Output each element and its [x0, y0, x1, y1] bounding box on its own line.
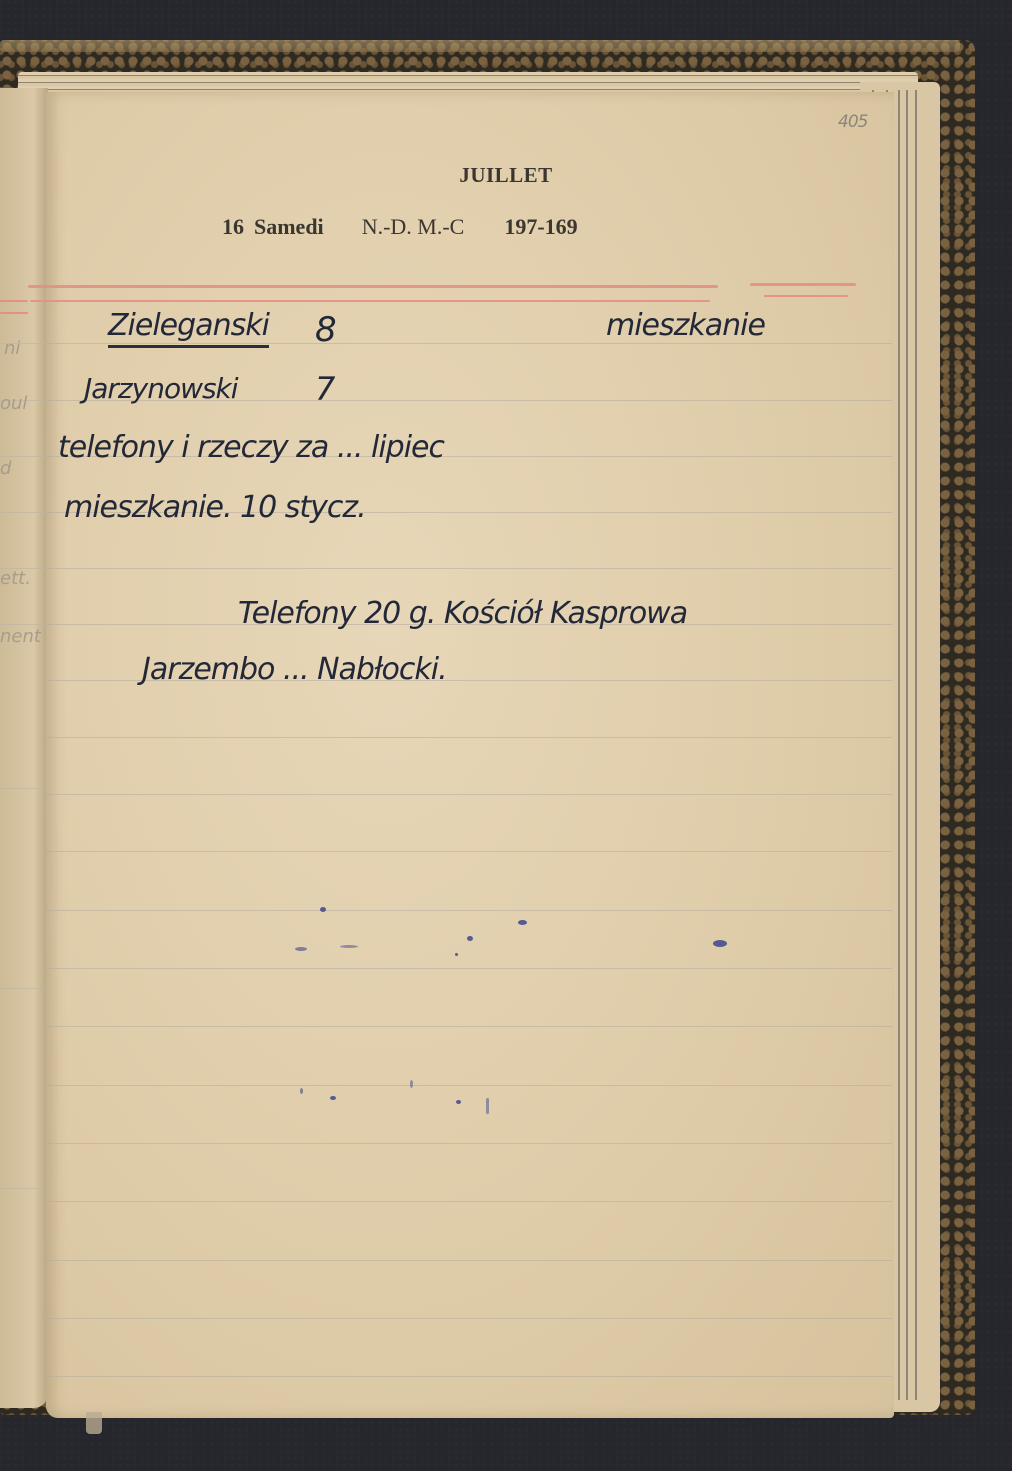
facing-ruling — [0, 788, 46, 789]
facing-pencil-text: ett. — [0, 568, 31, 589]
ink-speck — [455, 953, 458, 956]
ink-speck — [330, 1096, 336, 1100]
facing-ruling — [0, 988, 46, 989]
ruling-line — [46, 851, 892, 852]
red-header-rule — [750, 283, 856, 286]
handwritten-line: telefony i rzeczy za ... lipiec — [58, 430, 444, 465]
facing-ruling — [0, 512, 46, 513]
weekday: Samedi — [254, 214, 324, 240]
red-header-rule — [30, 300, 710, 302]
feast-day: N.-D. M.-C — [362, 214, 465, 240]
facing-ruling — [0, 1188, 46, 1189]
ink-speck — [320, 907, 326, 912]
day-heading: 16 Samedi N.-D. M.-C 197-169 — [222, 214, 578, 240]
handwritten-number: 7 — [315, 370, 334, 408]
facing-ruling — [0, 624, 46, 625]
facing-pencil-text: ni — [4, 338, 20, 359]
ruling-line — [46, 968, 892, 969]
ink-speck — [456, 1100, 461, 1104]
ruling-line — [46, 794, 892, 795]
ruling-line — [46, 1376, 892, 1377]
day-count: 197-169 — [504, 214, 577, 240]
handwritten-name: Zieleganski — [108, 308, 269, 348]
page-edge-line — [915, 90, 917, 1400]
facing-pencil-text: d — [0, 458, 11, 479]
ink-speck — [467, 936, 473, 941]
ink-speck — [340, 945, 358, 948]
handwritten-line: mieszkanie. 10 stycz. — [64, 490, 366, 525]
ruling-line — [46, 1143, 892, 1144]
day-number: 16 — [222, 214, 244, 240]
ruling-line — [46, 1026, 892, 1027]
handwritten-line: Jarzembo ... Nabłocki. — [142, 652, 447, 687]
ruling-line — [46, 568, 892, 569]
ink-speck — [486, 1098, 489, 1114]
ink-speck — [713, 940, 727, 947]
folio-number: 405 — [838, 112, 867, 132]
ink-speck — [518, 920, 527, 925]
diary-page — [46, 92, 894, 1418]
ruling-line — [46, 737, 892, 738]
ruling-line — [46, 1201, 892, 1202]
cover-top-edge — [0, 40, 960, 52]
page-tab — [86, 1412, 102, 1434]
facing-ruling — [0, 456, 46, 457]
handwritten-line: Telefony 20 g. Kościół Kasprowa — [238, 596, 687, 631]
handwritten-number: 8 — [315, 310, 336, 350]
month-heading: JUILLET — [0, 163, 1012, 188]
ruling-line — [46, 1085, 892, 1086]
ink-speck — [295, 947, 307, 951]
facing-pencil-text: nent — [0, 626, 41, 647]
facing-red-rule — [0, 300, 28, 302]
red-header-rule — [28, 285, 718, 288]
facing-red-rule — [0, 312, 28, 314]
ruling-line — [46, 910, 892, 911]
ink-speck — [300, 1088, 303, 1094]
red-header-rule — [764, 295, 848, 297]
page-edge-line — [906, 90, 908, 1400]
page-edge-line — [898, 90, 900, 1400]
handwritten-note: mieszkanie — [606, 308, 765, 343]
handwritten-name: Jarzynowski — [84, 372, 238, 405]
ink-speck — [410, 1080, 413, 1088]
ruling-line — [46, 1260, 892, 1261]
facing-pencil-text: oul — [0, 393, 27, 414]
ruling-line — [46, 1318, 892, 1319]
